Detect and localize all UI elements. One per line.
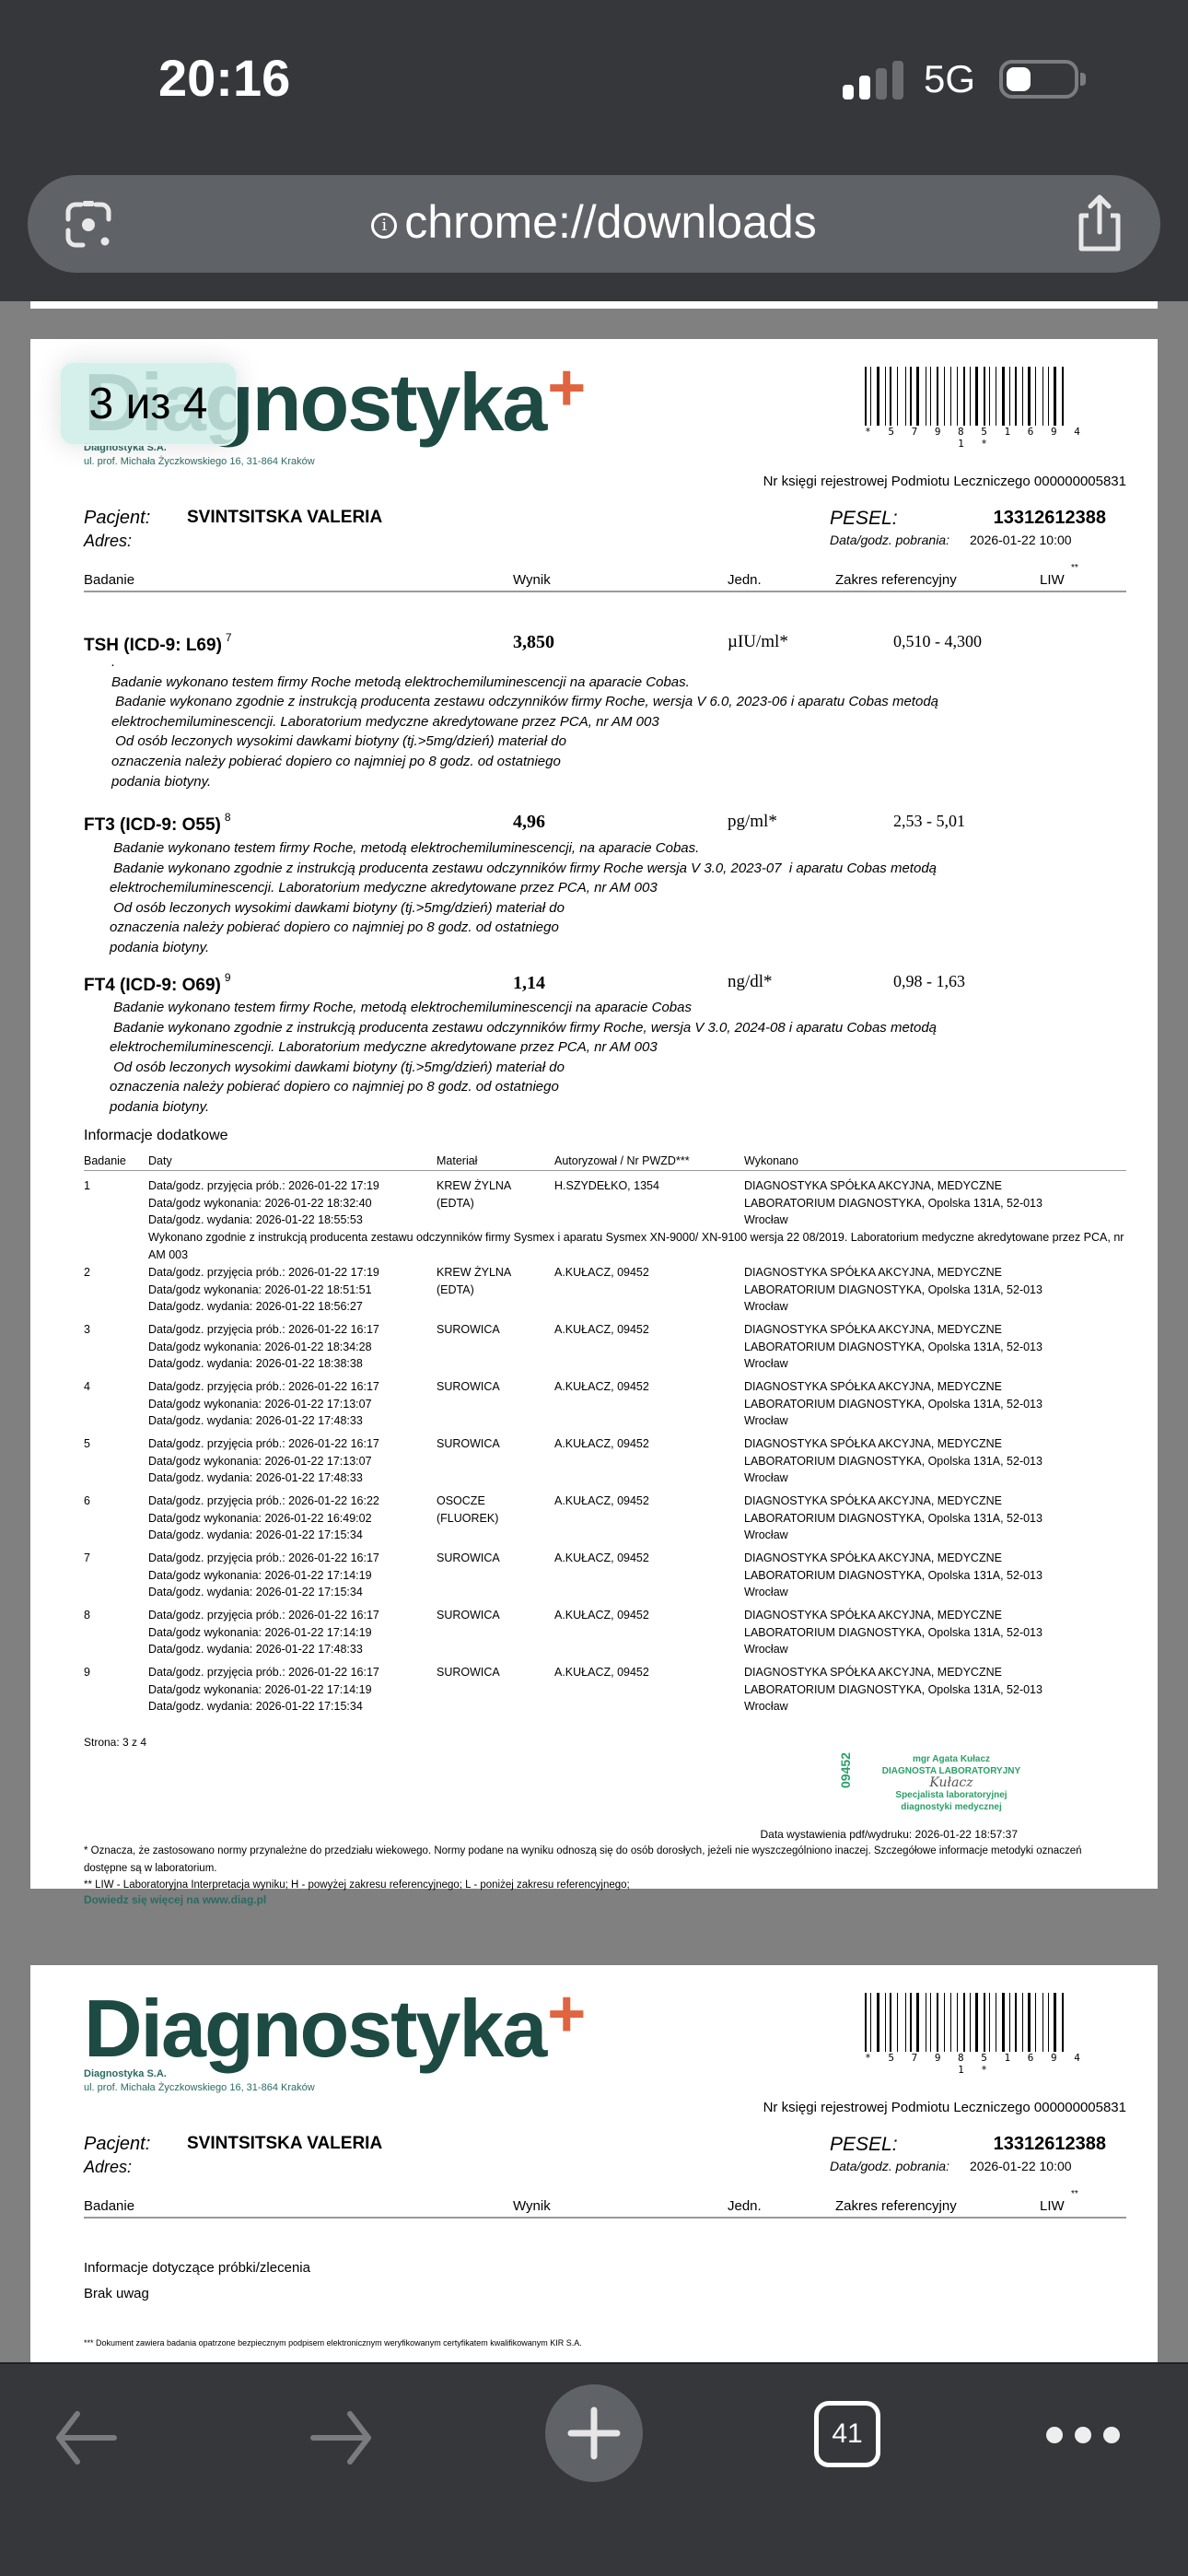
row-dates: Data/godz. przyjęcia prób.: 2026-01-22 1… <box>148 1493 379 1544</box>
stamp-id: 09452 <box>840 1752 852 1788</box>
draw-date-value: 2026-01-22 10:00 <box>970 533 1072 547</box>
test-value-ft4: 1,14 <box>513 973 545 994</box>
row-authorized: A.KUŁACZ, 09452 <box>554 1378 649 1396</box>
row-dates: Data/godz. przyjęcia prób.: 2026-01-22 1… <box>148 1607 379 1658</box>
test-notes-ft4: Badanie wykonano testem firmy Roche, met… <box>110 998 937 1118</box>
row-authorized: A.KUŁACZ, 09452 <box>554 1493 649 1510</box>
dot-icon <box>1046 2427 1063 2443</box>
info-col-test: Badanie <box>84 1154 126 1167</box>
back-arrow-icon[interactable] <box>50 2401 123 2475</box>
signal-strength-icon <box>843 61 903 100</box>
row-dates: Data/godz. przyjęcia prób.: 2026-01-22 1… <box>148 1177 379 1229</box>
row-dates: Data/godz. przyjęcia prób.: 2026-01-22 1… <box>148 1664 379 1715</box>
row-dates: Data/godz. przyjęcia prób.: 2026-01-22 1… <box>148 1321 379 1373</box>
site-info-icon[interactable]: i <box>371 213 397 239</box>
additional-info-title: Informacje dodatkowe <box>84 1128 228 1144</box>
col-header-result: Wynik <box>513 572 551 588</box>
barcode <box>865 1993 1086 2052</box>
plus-icon <box>545 2384 643 2482</box>
test-range-ft3: 2,53 - 5,01 <box>893 812 965 831</box>
row-lab: DIAGNOSTYKA SPÓŁKA AKCYJNA, MEDYCZNE LAB… <box>744 1321 1042 1373</box>
pesel-value: 13312612388 <box>994 2134 1106 2155</box>
col-header-test: Badanie <box>84 2198 134 2214</box>
pesel-label: PESEL: <box>830 2134 898 2156</box>
test-unit-tsh: µIU/ml* <box>728 632 788 652</box>
row-material: OSOCZE (FLUOREK) <box>437 1493 498 1527</box>
page-number: Strona: 3 z 4 <box>84 1736 146 1749</box>
test-notes-tsh: . Badanie wykonano testem firmy Roche me… <box>111 652 938 791</box>
row-lab: DIAGNOSTYKA SPÓŁKA AKCYJNA, MEDYCZNE LAB… <box>744 1435 1042 1487</box>
row-authorized: H.SZYDEŁKO, 1354 <box>554 1177 659 1195</box>
pdf-page-3: Diagnostyka+ Diagnostyka S.A. ul. prof. … <box>30 339 1158 1889</box>
dot-icon <box>1075 2427 1091 2443</box>
patient-name: SVINTSITSKA VALERIA <box>187 508 382 528</box>
dot-icon <box>1103 2427 1120 2443</box>
battery-tip <box>1080 73 1086 86</box>
stamp-specialty-1: Specjalista laboratoryjnej <box>855 1789 1048 1801</box>
col-header-unit: Jedn. <box>728 2198 762 2214</box>
footnote-liw: ** LIW - Laboratoryjna Interpretacja wyn… <box>84 1877 1126 1894</box>
barcode-number: * 5 7 9 8 5 1 6 9 4 1 * <box>865 426 1086 450</box>
pdf-viewer[interactable]: Diagnostyka+ Diagnostyka S.A. ul. prof. … <box>0 301 1188 2362</box>
header-divider <box>84 591 1126 592</box>
col-header-test: Badanie <box>84 572 134 588</box>
battery-icon <box>999 60 1078 99</box>
row-material: SUROWICA <box>437 1435 500 1453</box>
browser-bottom-toolbar: 41 <box>0 2362 1188 2576</box>
row-material: KREW ŻYLNA (EDTA) <box>437 1264 511 1298</box>
draw-date-value: 2026-01-22 10:00 <box>970 2159 1072 2173</box>
forward-arrow-icon[interactable] <box>304 2401 378 2475</box>
col-header-range: Zakres referencyjny <box>835 2198 957 2214</box>
row-number: 3 <box>84 1321 90 1339</box>
row-number: 2 <box>84 1264 90 1282</box>
test-unit-ft3: pg/ml* <box>728 812 777 832</box>
barcode <box>865 367 1086 426</box>
draw-date-label: Data/godz. pobrania: <box>830 533 949 547</box>
row-number: 9 <box>84 1664 90 1681</box>
info-col-authorized: Autoryzował / Nr PWZD*** <box>554 1154 690 1167</box>
address-label: Adres: <box>84 532 132 551</box>
pesel-label: PESEL: <box>830 508 898 530</box>
status-time: 20:16 <box>158 48 290 108</box>
info-col-performed: Wykonano <box>744 1154 798 1167</box>
row-authorized: A.KUŁACZ, 09452 <box>554 1664 649 1681</box>
row-material: SUROWICA <box>437 1321 500 1339</box>
new-tab-button[interactable] <box>545 2384 643 2482</box>
row-material: SUROWICA <box>437 1664 500 1681</box>
row-number: 7 <box>84 1550 90 1567</box>
row-dates: Data/godz. przyjęcia prób.: 2026-01-22 1… <box>148 1435 379 1487</box>
address-bar[interactable]: ichrome://downloads <box>28 175 1160 273</box>
address-label: Adres: <box>84 2158 132 2177</box>
row-number: 8 <box>84 1607 90 1624</box>
liw-footnote-mark: ** <box>1071 2189 1078 2199</box>
row-lab: DIAGNOSTYKA SPÓŁKA AKCYJNA, MEDYCZNE LAB… <box>744 1177 1042 1229</box>
stamp-name: mgr Agata Kułacz <box>855 1753 1048 1765</box>
row-material: SUROWICA <box>437 1378 500 1396</box>
company-address: ul. prof. Michała Życzkowskiego 16, 31-8… <box>84 456 315 467</box>
pdf-page-4: Diagnostyka+ Diagnostyka S.A. ul. prof. … <box>30 1965 1158 2362</box>
row-lab: DIAGNOSTYKA SPÓŁKA AKCYJNA, MEDYCZNE LAB… <box>744 1607 1042 1658</box>
share-icon[interactable] <box>1074 193 1125 254</box>
test-name-ft3: FT3 (ICD-9: O55)8 <box>84 811 231 836</box>
row-number: 1 <box>84 1177 90 1195</box>
info-header-divider <box>84 1170 1126 1171</box>
row-lab: DIAGNOSTYKA SPÓŁKA AKCYJNA, MEDYCZNE LAB… <box>744 1664 1042 1715</box>
previous-page-edge <box>30 301 1158 309</box>
row-material: KREW ŻYLNA (EDTA) <box>437 1177 511 1212</box>
col-header-liw: LIW <box>1040 2198 1065 2214</box>
test-unit-ft4: ng/dl* <box>728 972 773 992</box>
test-range-ft4: 0,98 - 1,63 <box>893 972 965 991</box>
col-header-range: Zakres referencyjny <box>835 572 957 588</box>
row-authorized: A.KUŁACZ, 09452 <box>554 1264 649 1282</box>
draw-date-label: Data/godz. pobrania: <box>830 2159 949 2173</box>
col-header-unit: Jedn. <box>728 572 762 588</box>
network-type: 5G <box>924 57 975 101</box>
learn-more-link[interactable]: Dowiedz się więcej na www.diag.pl <box>84 1893 266 1906</box>
col-header-result: Wynik <box>513 2198 551 2214</box>
row-material: SUROWICA <box>437 1607 500 1624</box>
stamp-signature: Kułacz <box>855 1777 1048 1789</box>
registry-number: Nr księgi rejestrowej Podmiotu Lecznicze… <box>763 474 1126 489</box>
row-note: Wykonano zgodnie z instrukcją producenta… <box>148 1229 1124 1263</box>
row-lab: DIAGNOSTYKA SPÓŁKA AKCYJNA, MEDYCZNE LAB… <box>744 1550 1042 1601</box>
row-dates: Data/godz. przyjęcia prób.: 2026-01-22 1… <box>148 1550 379 1601</box>
patient-label: Pacjent: <box>84 508 150 529</box>
patient-name: SVINTSITSKA VALERIA <box>187 2134 382 2154</box>
row-number: 6 <box>84 1493 90 1510</box>
test-notes-ft3: Badanie wykonano testem firmy Roche, met… <box>110 838 937 958</box>
row-authorized: A.KUŁACZ, 09452 <box>554 1607 649 1624</box>
row-lab: DIAGNOSTYKA SPÓŁKA AKCYJNA, MEDYCZNE LAB… <box>744 1493 1042 1544</box>
registry-number: Nr księgi rejestrowej Podmiotu Lecznicze… <box>763 2100 1126 2115</box>
row-lab: DIAGNOSTYKA SPÓŁKA AKCYJNA, MEDYCZNE LAB… <box>744 1378 1042 1430</box>
more-menu-button[interactable] <box>1046 2421 1120 2449</box>
sample-info-text: Brak uwag <box>84 2286 149 2301</box>
row-material: SUROWICA <box>437 1550 500 1567</box>
company-name: Diagnostyka S.A. <box>84 2068 167 2079</box>
row-number: 4 <box>84 1378 90 1396</box>
test-value-tsh: 3,850 <box>513 632 554 653</box>
row-dates: Data/godz. przyjęcia prób.: 2026-01-22 1… <box>148 1264 379 1316</box>
liw-footnote-mark: ** <box>1071 563 1078 573</box>
company-address: ul. prof. Michała Życzkowskiego 16, 31-8… <box>84 2082 315 2093</box>
page-indicator: 3 из 4 <box>59 361 238 446</box>
test-value-ft3: 4,96 <box>513 812 545 833</box>
row-lab: DIAGNOSTYKA SPÓŁKA AKCYJNA, MEDYCZNE LAB… <box>744 1264 1042 1316</box>
row-authorized: A.KUŁACZ, 09452 <box>554 1550 649 1567</box>
header-divider <box>84 2217 1126 2219</box>
tab-switcher-button[interactable]: 41 <box>814 2401 880 2467</box>
row-number: 5 <box>84 1435 90 1453</box>
issue-date: Data wystawienia pdf/wydruku: 2026-01-22… <box>760 1828 1018 1841</box>
footnote-norms: * Oznacza, że zastosowano normy przynale… <box>84 1843 1126 1877</box>
sample-info-title: Informacje dotyczące próbki/zlecenia <box>84 2260 310 2276</box>
row-authorized: A.KUŁACZ, 09452 <box>554 1435 649 1453</box>
pesel-value: 13312612388 <box>994 508 1106 529</box>
info-col-dates: Daty <box>148 1154 172 1167</box>
diagnostyka-logo: Diagnostyka+ <box>84 1982 584 2076</box>
test-name-ft4: FT4 (ICD-9: O69)9 <box>84 971 231 996</box>
barcode-number: * 5 7 9 8 5 1 6 9 4 1 * <box>865 2052 1086 2076</box>
electronic-signature-note: *** Dokument zawiera badania opatrzone b… <box>84 2338 582 2348</box>
col-header-liw: LIW <box>1040 572 1065 588</box>
row-authorized: A.KUŁACZ, 09452 <box>554 1321 649 1339</box>
signature-stamp: 09452 mgr Agata Kułacz DIAGNOSTA LABORAT… <box>855 1753 1048 1827</box>
info-col-material: Materiał <box>437 1154 477 1167</box>
test-range-tsh: 0,510 - 4,300 <box>893 632 982 651</box>
patient-label: Pacjent: <box>84 2134 150 2155</box>
stamp-specialty-2: diagnostyki medycznej <box>855 1801 1048 1813</box>
url-text[interactable]: chrome://downloads <box>404 196 816 248</box>
row-dates: Data/godz. przyjęcia prób.: 2026-01-22 1… <box>148 1378 379 1430</box>
browser-top-chrome: 20:16 5G ichrome://downloads <box>0 0 1188 301</box>
